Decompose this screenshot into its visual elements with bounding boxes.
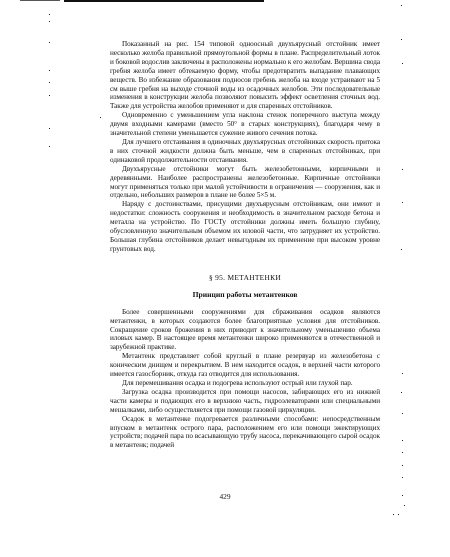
scan-noise xyxy=(402,465,403,466)
scan-noise xyxy=(402,477,403,478)
scan-noise xyxy=(402,63,403,64)
paragraph: Загрузка осадка производится при помощи … xyxy=(110,388,380,415)
scan-noise xyxy=(401,39,402,40)
scan-top-rule xyxy=(64,0,264,2)
scan-noise xyxy=(49,70,50,71)
scan-noise xyxy=(402,169,403,170)
paragraph: Для перемешивания осадка и подогрева исп… xyxy=(110,379,380,388)
scan-noise xyxy=(100,117,101,118)
scan-edge-mark xyxy=(20,0,60,1)
paragraph: Осадок в метантенке подогревается различ… xyxy=(110,415,380,451)
paragraph: Показанный на рис. 154 типовой одноосный… xyxy=(110,40,380,111)
scan-noise xyxy=(402,452,403,453)
paragraph: Для лучшего отстаивания в одиночных двух… xyxy=(110,138,380,165)
scan-noise xyxy=(401,5,402,6)
scan-noise xyxy=(402,495,403,496)
paragraph: Наряду с достоинствами, присущими двухъя… xyxy=(110,200,380,253)
scan-noise xyxy=(402,413,403,414)
scan-noise xyxy=(404,505,405,506)
paragraph: Метантенк представляет собой круглый в п… xyxy=(110,352,380,379)
paragraph: Более совершенными сооружениями для сбра… xyxy=(110,308,380,353)
scan-noise xyxy=(49,146,50,147)
scan-noise xyxy=(49,21,50,22)
paragraph: Одновременно с уменьшением угла наклона … xyxy=(110,111,380,138)
scan-noise xyxy=(402,440,403,441)
scan-noise xyxy=(393,514,394,515)
scan-noise xyxy=(49,14,50,15)
scan-noise xyxy=(402,373,403,374)
scan-noise xyxy=(49,82,50,83)
document-page: Показанный на рис. 154 типовой одноосный… xyxy=(110,40,380,450)
subsection-heading: Принцип работы метантенков xyxy=(110,290,380,299)
scan-noise xyxy=(49,42,50,43)
scan-noise xyxy=(401,249,402,250)
scan-noise xyxy=(398,514,399,515)
page-number: 429 xyxy=(0,492,450,501)
scan-noise xyxy=(49,95,50,96)
paragraph: Двухъярусные отстойники могут быть желез… xyxy=(110,165,380,201)
scan-noise xyxy=(49,128,50,129)
scan-noise xyxy=(401,392,402,393)
scan-noise xyxy=(402,202,403,203)
section-heading: § 95. МЕТАНТЕНКИ xyxy=(110,273,380,282)
